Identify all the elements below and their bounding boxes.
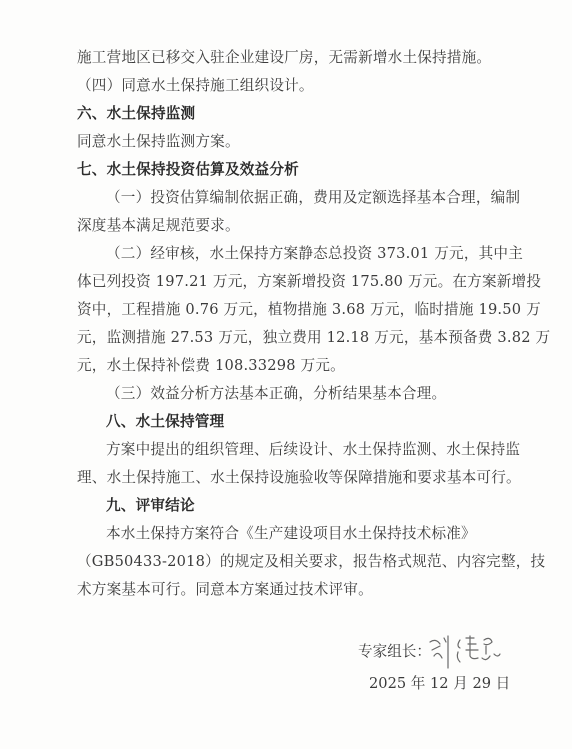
- body-line: （一）投资估算编制依据正确，费用及定额选择基本合理，编制: [77, 184, 517, 212]
- body-line: 元，水土保持补偿费 108.33298 万元。: [77, 352, 517, 380]
- section-heading-conclusion: 九、评审结论: [77, 492, 517, 520]
- body-line: 体已列投资 197.21 万元，方案新增投资 175.80 万元。在方案新增投: [77, 268, 517, 296]
- body-line: 资中，工程措施 0.76 万元，植物措施 3.68 万元，临时措施 19.50 …: [77, 296, 517, 324]
- body-line: 施工营地区已移交入驻企业建设厂房，无需新增水土保持措施。: [77, 44, 517, 72]
- body-line: （四）同意水土保持施工组织设计。: [77, 72, 517, 100]
- body-line: 深度基本满足规范要求。: [77, 212, 517, 240]
- body-line: 理、水土保持施工、水土保持设施验收等保障措施和要求基本可行。: [77, 464, 517, 492]
- section-heading-management: 八、水土保持管理: [77, 408, 517, 436]
- body-line: 方案中提出的组织管理、后续设计、水土保持监测、水土保持监: [77, 436, 517, 464]
- document-body: 施工营地区已移交入驻企业建设厂房，无需新增水土保持措施。 （四）同意水土保持施工…: [77, 44, 517, 604]
- section-heading-investment: 七、水土保持投资估算及效益分析: [77, 156, 517, 184]
- body-line: 元，监测措施 27.53 万元，独立费用 12.18 万元，基本预备费 3.82…: [77, 324, 517, 352]
- section-heading-monitoring: 六、水土保持监测: [77, 100, 517, 128]
- body-line: 同意水土保持监测方案。: [77, 128, 517, 156]
- body-line: （二）经审核，水土保持方案静态总投资 373.01 万元，其中主: [77, 240, 517, 268]
- document-date: 2025 年 12 月 29 日: [369, 672, 510, 696]
- signature-label: 专家组长：: [358, 643, 431, 660]
- signature-block: 专家组长：: [358, 640, 431, 664]
- body-line: （GB50433-2018）的规定及相关要求，报告格式规范、内容完整，技: [77, 548, 517, 576]
- body-line: 术方案基本可行。同意本方案通过技术评审。: [77, 576, 517, 604]
- body-line: （三）效益分析方法基本正确，分析结果基本合理。: [77, 380, 517, 408]
- handwritten-signature-icon: [426, 628, 506, 672]
- body-line: 本水土保持方案符合《生产建设项目水土保持技术标准》: [77, 520, 517, 548]
